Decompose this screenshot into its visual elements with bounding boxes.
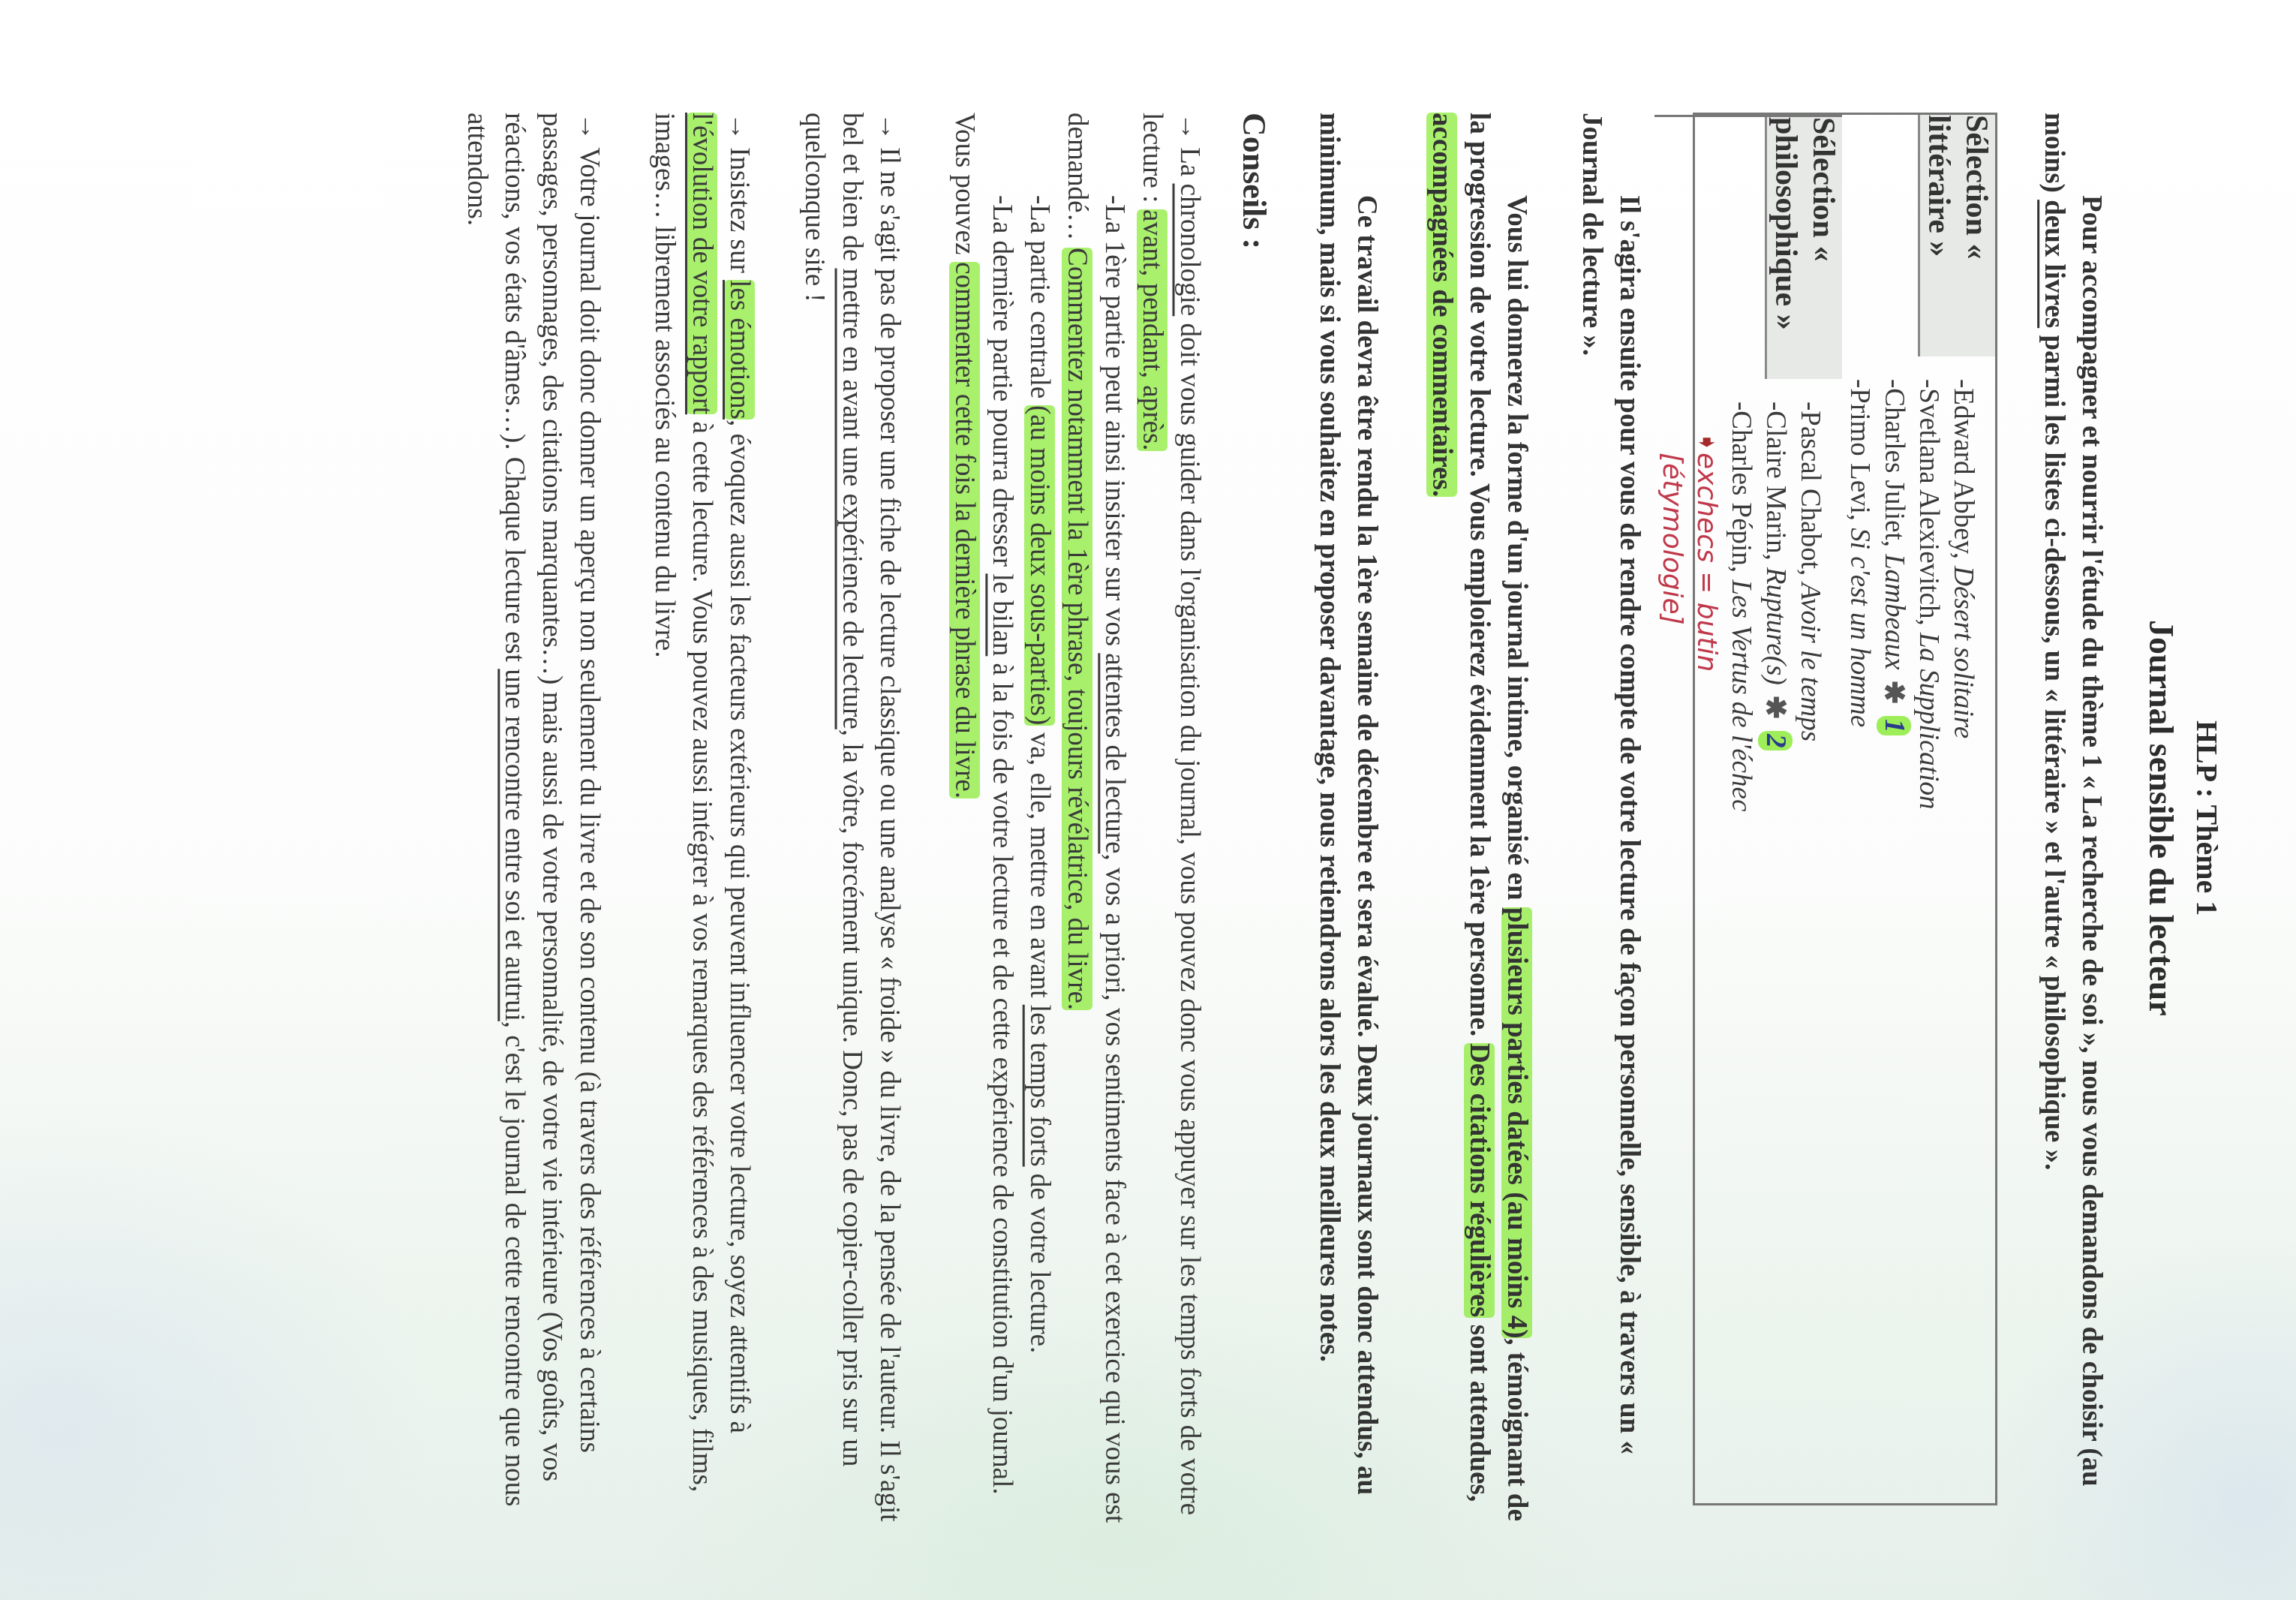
star-icon: ✱ xyxy=(1879,676,1910,708)
philosophical-heading: Sélection « philosophique » xyxy=(1765,117,1842,379)
choice-number-badge: 1 xyxy=(1877,716,1911,736)
intro-underlined: deux livres xyxy=(2039,200,2069,328)
intro-paragraph: Pour accompagner et nourrir l'étude du t… xyxy=(2035,113,2110,1523)
highlight: accompagnées de commentaires. xyxy=(1426,113,1457,497)
paragraph-form: Vous lui donnerez la forme d'un journal … xyxy=(1423,113,1535,1523)
intro-text-2: parmi les listes ci-dessous, un « littér… xyxy=(2039,328,2069,1170)
book-item: -Svetlana Alexievitch, La Supplication xyxy=(1911,379,1946,809)
title-block: HLP : Thème 1 Journal sensible du lecteu… xyxy=(2137,113,2228,1523)
arrow-icon: → xyxy=(574,113,605,147)
handwritten-note: ➧ exchecs = butin [étymologie] xyxy=(1654,432,1724,672)
page-title: Journal sensible du lecteur xyxy=(2137,113,2185,1523)
hand-arrow-icon: ➧ xyxy=(1654,432,1724,453)
conseil-rencontre: → Votre journal doit donc donner un aper… xyxy=(458,113,608,1523)
conseil-emotions: → Insistez sur les émotions, évoquez aus… xyxy=(645,113,758,1523)
literary-column: Sélection « littéraire » -Edward Abbey, … xyxy=(1842,115,1995,809)
star-icon: ✱ xyxy=(1760,692,1791,724)
book-item: -Primo Levi, Si c'est un homme xyxy=(1842,379,1877,809)
arrow-icon: → xyxy=(724,113,755,147)
book-item: -Charles Juliet, Lambeaux ✱ 1 xyxy=(1877,379,1911,809)
document-page: HLP : Thème 1 Journal sensible du lecteu… xyxy=(188,113,2228,1523)
book-item: -Charles Pépin, Les Vertus de l'échec xyxy=(1724,402,1758,811)
highlight: commenter cette fois la dernière phrase … xyxy=(949,262,980,798)
paragraph-journal: Il s'agira ensuite pour vous de rendre c… xyxy=(1573,113,1648,1523)
conseils-heading: Conseils : xyxy=(1235,113,1273,1523)
philosophical-column: Sélection « philosophique » -Pascal Chab… xyxy=(1654,115,1842,811)
philosophical-list: -Pascal Chabot, Avoir le temps -Claire M… xyxy=(1654,379,1842,811)
conseil-experience: → Il ne s'agit pas de proposer une fiche… xyxy=(795,113,908,1523)
book-item: -Claire Marin, Rupture(s) ✱ 2 xyxy=(1758,402,1793,811)
arrow-icon: → xyxy=(1174,113,1205,147)
book-item: -Pascal Chabot, Avoir le temps xyxy=(1793,402,1827,811)
highlight: plusieurs parties datées (au moins 4) xyxy=(1501,907,1532,1339)
book-selection-table: Sélection « littéraire » -Edward Abbey, … xyxy=(1693,113,1997,1505)
arrow-icon: → xyxy=(874,113,905,147)
choice-number-badge: 2 xyxy=(1758,731,1793,751)
highlight: (au moins deux sous-parties) xyxy=(1024,405,1055,725)
highlight: Des citations régulières xyxy=(1464,1043,1495,1317)
highlight: Commentez notamment la 1ère phrase, touj… xyxy=(1062,248,1092,1010)
literary-list: -Edward Abbey, Désert solitaire -Svetlan… xyxy=(1842,356,1995,809)
conseil-chronologie: → La chronologie doit vous guider dans l… xyxy=(945,113,1208,1523)
highlight: les émotions xyxy=(724,280,755,420)
handwritten-line-1: exchecs = butin xyxy=(1689,453,1724,672)
course-label: HLP : Thème 1 xyxy=(2185,113,2228,1523)
paragraph-deadline: Ce travail devra être rendu la 1ère sema… xyxy=(1310,113,1385,1523)
book-item: -Edward Abbey, Désert solitaire xyxy=(1946,379,1980,809)
highlight: avant, pendant, après. xyxy=(1137,209,1168,451)
literary-heading: Sélection « littéraire » xyxy=(1918,115,1995,356)
handwritten-line-2: [étymologie] xyxy=(1654,453,1689,672)
highlight: l'évolution de votre rapport xyxy=(687,113,717,414)
